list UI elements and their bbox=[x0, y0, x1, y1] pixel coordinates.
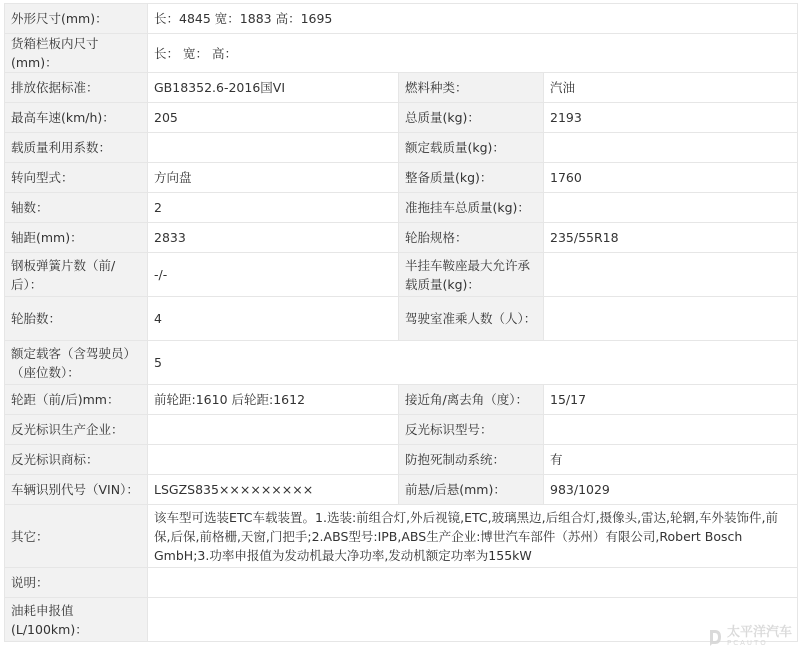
value-vin: LSGZS835××××××××× bbox=[148, 475, 399, 505]
label-tire-count: 轮胎数： bbox=[5, 297, 148, 341]
label-total-mass: 总质量(kg)： bbox=[399, 103, 544, 133]
pcauto-watermark: 太平洋汽车 PCAUTO bbox=[708, 626, 792, 647]
label-track-width: 轮距（前/后)mm： bbox=[5, 385, 148, 415]
vehicle-spec-table: 外形尺寸(mm)： 长：4845 宽：1883 高：1695 货箱栏板内尺寸(m… bbox=[4, 3, 798, 642]
row-springs-saddle: 钢板弹簧片数（前/后）： -/- 半挂车鞍座最大允许承载质量(kg)： bbox=[5, 253, 798, 297]
row-reflector-brand-abs: 反光标识商标： 防抱死制动系统： 有 bbox=[5, 445, 798, 475]
row-wheelbase-tire: 轴距(mm)： 2833 轮胎规格： 235/55R18 bbox=[5, 223, 798, 253]
label-other: 其它： bbox=[5, 505, 148, 568]
watermark-name-en: PCAUTO bbox=[727, 640, 792, 647]
row-track-angles: 轮距（前/后)mm： 前轮距:1610 后轮距:1612 接近角/离去角（度）：… bbox=[5, 385, 798, 415]
label-reflector-brand: 反光标识商标： bbox=[5, 445, 148, 475]
value-wheelbase: 2833 bbox=[148, 223, 399, 253]
row-other: 其它： 该车型可选装ETC车载装置。1.选装:前组合灯,外后视镜,ETC,玻璃黑… bbox=[5, 505, 798, 568]
value-seating-capacity: 5 bbox=[148, 341, 798, 385]
label-leaf-springs: 钢板弹簧片数（前/后）： bbox=[5, 253, 148, 297]
value-steering-type: 方向盘 bbox=[148, 163, 399, 193]
label-saddle-load: 半挂车鞍座最大允许承载质量(kg)： bbox=[399, 253, 544, 297]
value-load-utilization bbox=[148, 133, 399, 163]
label-tire-spec: 轮胎规格： bbox=[399, 223, 544, 253]
row-vin-overhang: 车辆识别代号（VIN）： LSGZS835××××××××× 前悬/后悬(mm)… bbox=[5, 475, 798, 505]
label-abs: 防抱死制动系统： bbox=[399, 445, 544, 475]
watermark-name-cn: 太平洋汽车 bbox=[727, 626, 792, 639]
label-overhang: 前悬/后悬(mm)： bbox=[399, 475, 544, 505]
row-fuel-consumption: 油耗申报值(L/100km)： bbox=[5, 598, 798, 642]
value-reflector-brand bbox=[148, 445, 399, 475]
value-axle-count: 2 bbox=[148, 193, 399, 223]
row-axles-trailer: 轴数： 2 准拖挂车总质量(kg)： bbox=[5, 193, 798, 223]
label-reflector-model: 反光标识型号： bbox=[399, 415, 544, 445]
row-cargo-box-dimensions: 货箱栏板内尺寸(mm)： 长： 宽： 高： bbox=[5, 34, 798, 73]
value-overall-dimensions: 长：4845 宽：1883 高：1695 bbox=[148, 4, 798, 34]
label-cargo-box-dimensions: 货箱栏板内尺寸(mm)： bbox=[5, 34, 148, 73]
value-curb-mass: 1760 bbox=[544, 163, 798, 193]
label-load-utilization: 载质量利用系数： bbox=[5, 133, 148, 163]
pcauto-logo-icon bbox=[708, 628, 724, 646]
label-reflector-manufacturer: 反光标识生产企业： bbox=[5, 415, 148, 445]
value-cab-occupants bbox=[544, 297, 798, 341]
label-notes: 说明： bbox=[5, 568, 148, 598]
row-overall-dimensions: 外形尺寸(mm)： 长：4845 宽：1883 高：1695 bbox=[5, 4, 798, 34]
label-axle-count: 轴数： bbox=[5, 193, 148, 223]
value-other: 该车型可选装ETC车载装置。1.选装:前组合灯,外后视镜,ETC,玻璃黑边,后组… bbox=[148, 505, 798, 568]
value-fuel-consumption bbox=[148, 598, 798, 642]
label-vin: 车辆识别代号（VIN）： bbox=[5, 475, 148, 505]
value-reflector-manufacturer bbox=[148, 415, 399, 445]
value-trailer-mass bbox=[544, 193, 798, 223]
value-leaf-springs: -/- bbox=[148, 253, 399, 297]
label-rated-load-mass: 额定载质量(kg)： bbox=[399, 133, 544, 163]
value-tire-count: 4 bbox=[148, 297, 399, 341]
row-emission-fuel: 排放依据标准： GB18352.6-2016国VI 燃料种类： 汽油 bbox=[5, 73, 798, 103]
label-cab-occupants: 驾驶室准乘人数（人）： bbox=[399, 297, 544, 341]
row-seating-capacity: 额定载客（含驾驶员）（座位数）： 5 bbox=[5, 341, 798, 385]
value-emission-standard: GB18352.6-2016国VI bbox=[148, 73, 399, 103]
value-abs: 有 bbox=[544, 445, 798, 475]
label-overall-dimensions: 外形尺寸(mm)： bbox=[5, 4, 148, 34]
value-cargo-box-dimensions: 长： 宽： 高： bbox=[148, 34, 798, 73]
row-notes: 说明： bbox=[5, 568, 798, 598]
value-saddle-load bbox=[544, 253, 798, 297]
value-track-width: 前轮距:1610 后轮距:1612 bbox=[148, 385, 399, 415]
label-wheelbase: 轴距(mm)： bbox=[5, 223, 148, 253]
label-emission-standard: 排放依据标准： bbox=[5, 73, 148, 103]
row-load-coefficient: 载质量利用系数： 额定载质量(kg)： bbox=[5, 133, 798, 163]
value-reflector-model bbox=[544, 415, 798, 445]
label-curb-mass: 整备质量(kg)： bbox=[399, 163, 544, 193]
value-max-speed: 205 bbox=[148, 103, 399, 133]
row-tires-cab: 轮胎数： 4 驾驶室准乘人数（人）： bbox=[5, 297, 798, 341]
value-overhang: 983/1029 bbox=[544, 475, 798, 505]
value-fuel-type: 汽油 bbox=[544, 73, 798, 103]
row-speed-mass: 最高车速(km/h)： 205 总质量(kg)： 2193 bbox=[5, 103, 798, 133]
label-steering-type: 转向型式： bbox=[5, 163, 148, 193]
label-approach-departure: 接近角/离去角（度）： bbox=[399, 385, 544, 415]
label-max-speed: 最高车速(km/h)： bbox=[5, 103, 148, 133]
row-reflector-maker-model: 反光标识生产企业： 反光标识型号： bbox=[5, 415, 798, 445]
label-fuel-consumption: 油耗申报值(L/100km)： bbox=[5, 598, 148, 642]
value-notes bbox=[148, 568, 798, 598]
label-fuel-type: 燃料种类： bbox=[399, 73, 544, 103]
value-approach-departure: 15/17 bbox=[544, 385, 798, 415]
label-seating-capacity: 额定载客（含驾驶员）（座位数）： bbox=[5, 341, 148, 385]
label-trailer-mass: 准拖挂车总质量(kg)： bbox=[399, 193, 544, 223]
value-total-mass: 2193 bbox=[544, 103, 798, 133]
value-rated-load-mass bbox=[544, 133, 798, 163]
value-tire-spec: 235/55R18 bbox=[544, 223, 798, 253]
row-steering-curb: 转向型式： 方向盘 整备质量(kg)： 1760 bbox=[5, 163, 798, 193]
